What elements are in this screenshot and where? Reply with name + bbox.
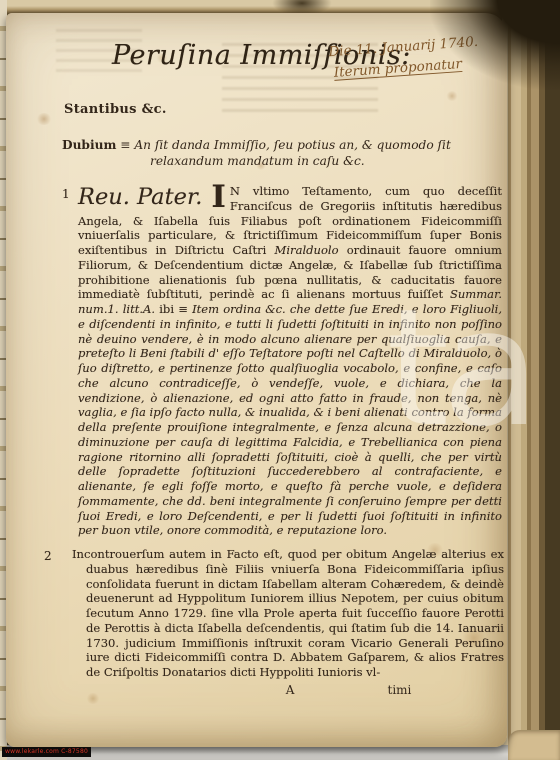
corner-shadow xyxy=(430,0,560,90)
drop-cap: I xyxy=(211,184,226,211)
bottom-right-page-corner xyxy=(508,730,560,760)
paragraph-2-text: Incontrouerſum autem in Facto eſt, quod … xyxy=(72,547,504,679)
paragraph-1-heading: Reu. Pater. xyxy=(78,183,202,211)
place-name: Miralduolo xyxy=(275,243,339,257)
dubium-line: Dubium ≡ An ſit danda Immiſſio, ſeu poti… xyxy=(62,138,466,169)
dubium-mark: ≡ xyxy=(120,138,130,152)
testament-quote-italian: Item ordina &c. che dette ſue Eredi, e l… xyxy=(78,302,502,537)
foxing-spot xyxy=(36,113,52,125)
photo-of-antique-document: Peruſina Immiſſionis: Die 11. Januarij 1… xyxy=(0,0,560,760)
dubium-label: Dubium xyxy=(62,138,116,152)
catchword: timi xyxy=(388,683,412,697)
stacked-pages-edge xyxy=(502,0,560,760)
salutation: Stantibus &c. xyxy=(64,102,507,117)
document-page: Peruſina Immiſſionis: Die 11. Januarij 1… xyxy=(6,13,507,747)
paragraph-2: 2 Incontrouerſum autem in Facto eſt, quo… xyxy=(86,547,504,680)
photo-credit-watermark: www.lekarle.com C-87580 xyxy=(2,747,91,757)
signature-mark: A xyxy=(286,683,295,697)
paragraph-1: 1 Reu. Pater. I N vltimo Teſtamento, cum… xyxy=(78,184,502,538)
dubium-question: An ſit danda Immiſſio, ſeu potius an, & … xyxy=(134,138,451,168)
page-footer: A timi xyxy=(78,683,502,699)
paragraph-1-number: 1 xyxy=(62,187,70,202)
paragraph-1-latin: ibi ≡ xyxy=(159,302,192,316)
